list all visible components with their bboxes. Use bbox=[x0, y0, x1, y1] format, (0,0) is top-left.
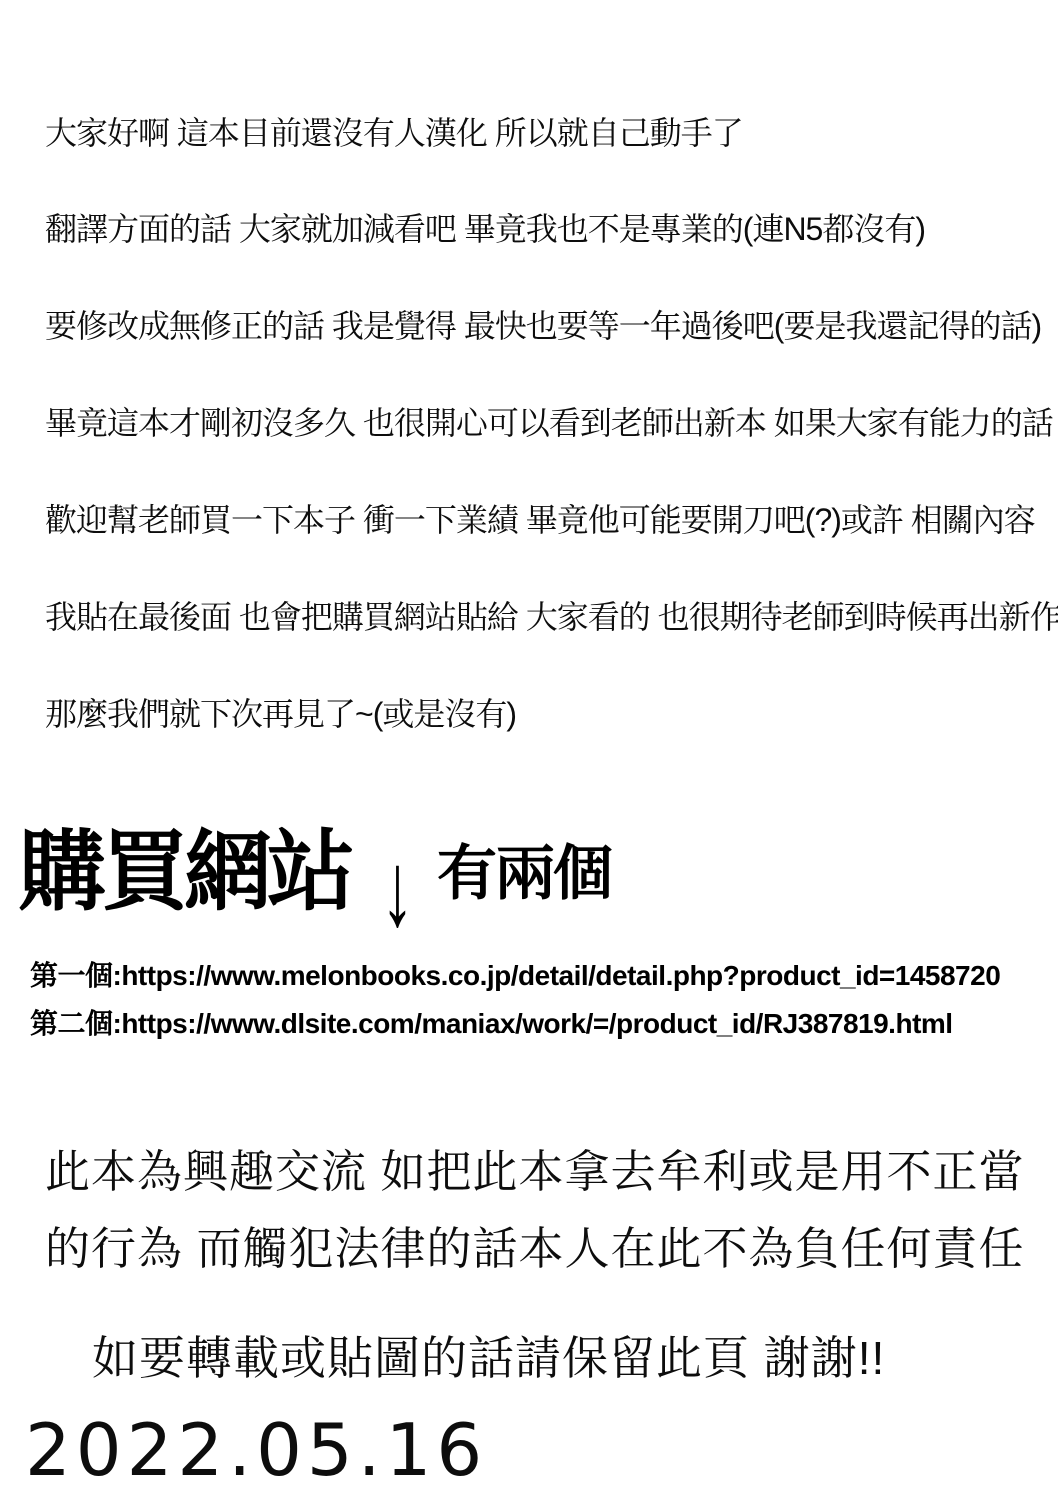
intro-line-1: 大家好啊 這本目前還沒有人漢化 所以就自己動手了 bbox=[45, 108, 743, 154]
down-arrow-icon: ↓ bbox=[381, 836, 414, 941]
purchase-heading-row: 購買網站 ↓ 有兩個 bbox=[18, 828, 611, 916]
intro-line-2: 翻譯方面的話 大家就加減看吧 畢竟我也不是專業的(連N5都沒有) bbox=[45, 204, 925, 250]
credits-page: 大家好啊 這本目前還沒有人漢化 所以就自己動手了 翻譯方面的話 大家就加減看吧 … bbox=[0, 0, 1058, 1500]
intro-line-5: 歡迎幫老師買一下本子 衝一下業績 畢竟他可能要開刀吧(?)或許 相關內容 bbox=[45, 495, 1035, 541]
purchase-link-1-url: https://www.melonbooks.co.jp/detail/deta… bbox=[121, 960, 1000, 991]
intro-line-4: 畢竟這本才剛初沒多久 也很開心可以看到老師出新本 如果大家有能力的話 bbox=[45, 398, 1053, 444]
purchase-link-1: 第一個:https://www.melonbooks.co.jp/detail/… bbox=[30, 952, 1000, 1000]
purchase-sites-title: 購買網站 bbox=[18, 828, 350, 916]
intro-line-6: 我貼在最後面 也會把購買網站貼給 大家看的 也很期待老師到時候再出新作 bbox=[45, 592, 1058, 638]
purchase-link-1-label: 第一個: bbox=[30, 960, 121, 991]
purchase-count-note: 有兩個 bbox=[437, 844, 611, 904]
date-text: 2022.05.16 bbox=[25, 1408, 487, 1492]
purchase-link-2-label: 第二個: bbox=[30, 1008, 121, 1039]
purchase-links: 第一個:https://www.melonbooks.co.jp/detail/… bbox=[30, 952, 1000, 1048]
intro-line-7: 那麼我們就下次再見了~(或是沒有) bbox=[45, 689, 516, 735]
repost-note: 如要轉載或貼圖的話請保留此頁 謝謝!! bbox=[92, 1322, 885, 1388]
disclaimer-line-1: 此本為興趣交流 如把此本拿去牟利或是用不正當 bbox=[45, 1135, 1025, 1200]
purchase-link-2-url: https://www.dlsite.com/maniax/work/=/pro… bbox=[121, 1008, 952, 1039]
purchase-link-2: 第二個:https://www.dlsite.com/maniax/work/=… bbox=[30, 1000, 1000, 1048]
intro-line-3: 要修改成無修正的話 我是覺得 最快也要等一年過後吧(要是我還記得的話) bbox=[45, 301, 1041, 347]
disclaimer-line-2: 的行為 而觸犯法律的話本人在此不為負任何責任 bbox=[45, 1212, 1025, 1277]
